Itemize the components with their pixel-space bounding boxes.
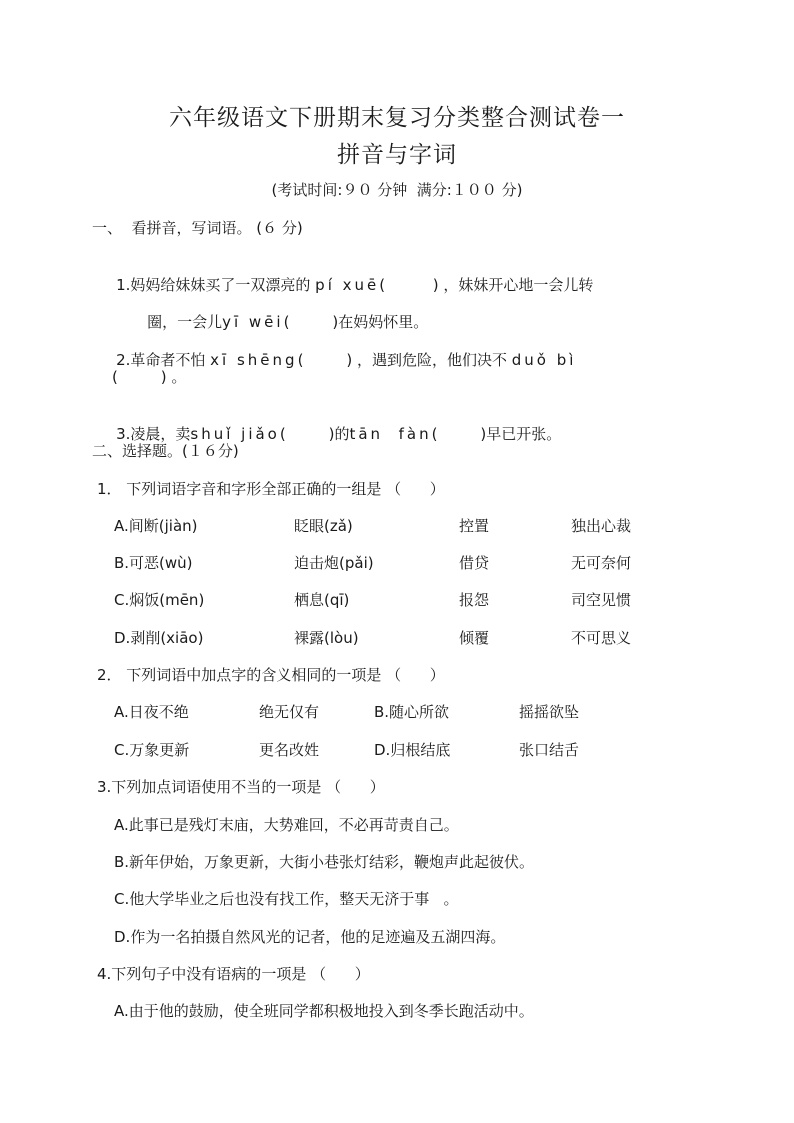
s2-q1-option-c-2: 栖息(qī) bbox=[294, 590, 349, 610]
s2-question-4-stem: 4.下列句子中没有语病的一项是 （ ） bbox=[97, 964, 370, 984]
page-title: 六年级语文下册期末复习分类整合测试卷一 bbox=[0, 103, 794, 133]
s1-q3-text-c: ( )早已开张。 bbox=[432, 425, 562, 443]
s2-q2-option-b-2: 摇摇欲坠 bbox=[519, 702, 579, 722]
s2-q2-option-d-2: 张口结舌 bbox=[519, 740, 579, 760]
s1-q1-text-d: ( )在妈妈怀里。 bbox=[284, 313, 429, 331]
s2-question-2-stem: 2． 下列词语中加点字的含义相同的一项是 （ ） bbox=[97, 665, 445, 685]
s2-q2-option-b-1: B.随心所欲 bbox=[374, 702, 449, 722]
s2-q1-option-a-3: 控置 bbox=[459, 516, 489, 536]
s1-q3-text-b: ( )的 bbox=[280, 425, 350, 443]
s2-q1-option-d-1: D.剥削(xiāo) bbox=[114, 628, 203, 648]
s2-q2-option-a-2: 绝无仅有 bbox=[259, 702, 319, 722]
s2-question-1-stem: 1． 下列词语字音和字形全部正确的一组是 （ ） bbox=[97, 479, 445, 499]
s2-q1-option-d-2: 裸露(lòu) bbox=[294, 628, 359, 648]
s2-q1-option-a-4: 独出心裁 bbox=[571, 516, 631, 536]
s2-q2-option-d-1: D.归根结底 bbox=[374, 740, 450, 760]
s1-q3-pinyin-2: tān fàn bbox=[349, 425, 431, 443]
s1-q1-text-c: 圈，一会儿 bbox=[147, 313, 222, 331]
s2-q4-option-a: A.由于他的鼓励，使全班同学都积极地投入到冬季长跑活动中。 bbox=[114, 1001, 534, 1021]
s2-q1-option-d-4: 不可思义 bbox=[571, 628, 631, 648]
section-2-heading: 二、选择题。(１６分) bbox=[92, 441, 239, 461]
s2-q1-option-d-3: 倾覆 bbox=[459, 628, 489, 648]
s2-q1-option-b-3: 借贷 bbox=[459, 553, 489, 573]
s2-q1-option-a-1: A.间断(jiàn) bbox=[114, 516, 198, 536]
s2-q1-option-b-4: 无可奈何 bbox=[571, 553, 631, 573]
s1-q2-pinyin-2: duǒ bì bbox=[512, 351, 577, 369]
section-1-heading: 一、 看拼音，写词语。 (６ 分) bbox=[92, 218, 303, 238]
s2-q3-option-a: A.此事已是残灯末庙，大势难回，不必再苛责自己。 bbox=[114, 815, 459, 835]
s2-q2-option-a-1: A.日夜不绝 bbox=[114, 702, 189, 722]
s2-q1-option-c-4: 司空见惯 bbox=[571, 590, 631, 610]
s1-question-2-line-2: ( ) 。 bbox=[112, 367, 186, 387]
exam-page: 六年级语文下册期末复习分类整合测试卷一 拼音与字词 (考试时间:９０ 分钟 满分… bbox=[0, 0, 794, 1123]
s2-q2-option-c-1: C.万象更新 bbox=[114, 740, 189, 760]
exam-info: (考试时间:９０ 分钟 满分:１００ 分) bbox=[0, 180, 794, 200]
s2-q1-option-b-2: 迫击炮(pǎi) bbox=[294, 553, 374, 573]
page-subtitle: 拼音与字词 bbox=[0, 140, 794, 170]
s2-q1-option-b-1: B.可恶(wù) bbox=[114, 553, 193, 573]
s2-question-3-stem: 3.下列加点词语使用不当的一项是 （ ） bbox=[97, 777, 385, 797]
s2-q3-option-d: D.作为一名拍摄自然风光的记者，他的足迹遍及五湖四海。 bbox=[114, 927, 505, 947]
s2-q2-option-c-2: 更名改姓 bbox=[259, 740, 319, 760]
s2-q1-option-a-2: 眨眼(zǎ) bbox=[294, 516, 353, 536]
s2-q3-option-b: B.新年伊始，万象更新，大街小巷张灯结彩，鞭炮声此起彼伏。 bbox=[114, 852, 534, 872]
s2-q3-option-c: C.他大学毕业之后也没有找工作，整天无济于事 。 bbox=[114, 889, 459, 909]
s1-q1-pinyin-2: yī wēi bbox=[222, 313, 283, 331]
s2-q1-option-c-3: 报怨 bbox=[459, 590, 489, 610]
s2-q1-option-c-1: C.焖饭(mēn) bbox=[114, 590, 204, 610]
s1-q2-pinyin-1: xī shēng bbox=[210, 351, 297, 369]
s1-q2-text-b: ( ) ，遇到危险，他们决不 bbox=[298, 351, 512, 369]
